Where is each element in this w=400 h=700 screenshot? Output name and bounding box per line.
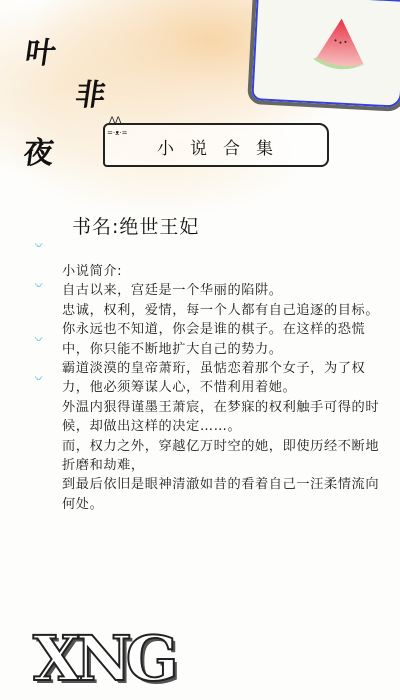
- author-char-3: 夜: [21, 128, 57, 172]
- smiley-face-icon: ·ᴗ·: [34, 373, 42, 383]
- synopsis-heading: 小说简介:: [62, 262, 392, 281]
- synopsis-paragraph: 忠诚，权利，爱情，每一个人都有自己追逐的目标。: [62, 301, 392, 320]
- cat-icon: ᐱᐱ: [109, 116, 121, 126]
- synopsis-paragraph: 到最后依旧是眼神清澈如昔的看着自己一汪柔情流向何处。: [62, 475, 392, 514]
- xng-logo: XNG: [33, 622, 173, 695]
- synopsis-paragraph: 霸道淡漠的皇帝萧珩，虽惦恋着那个女子，为了权力，他必须筹谋人心，不惜利用着她。: [62, 359, 392, 398]
- watermelon-icon: [311, 15, 370, 78]
- synopsis-paragraph: 而，权力之外，穿越亿万时空的她，即使历经不断地折磨和劫难，: [62, 437, 392, 476]
- author-char-1: 叶: [23, 28, 59, 72]
- synopsis-paragraph: 外温内狠得谨墨王萧宸，在梦寐的权利触手可得的时候，却做出这样的决定……。: [62, 398, 392, 437]
- smiley-face-icon: ·ᴗ·: [34, 334, 42, 344]
- collection-banner: ᐱᐱ =·ᴥ·= 小说合集: [103, 123, 329, 167]
- watermelon-card: [247, 0, 400, 112]
- synopsis-paragraph: 你永远也不知道，你会是谁的棋子。在这样的恐慌中，你只能不断地扩大自己的势力。: [62, 320, 392, 359]
- book-title: 书名:绝世王妃: [72, 212, 199, 239]
- smiley-face-icon: ·ᴗ·: [34, 240, 42, 250]
- smiley-face-icon: ·ᴗ·: [34, 280, 42, 290]
- author-char-2: 非: [73, 70, 109, 114]
- synopsis-paragraph: 自古以来，宫廷是一个华丽的陷阱。: [62, 281, 392, 300]
- banner-title: 小说合集: [105, 134, 327, 159]
- synopsis: 小说简介: 自古以来，宫廷是一个华丽的陷阱。 忠诚，权利，爱情，每一个人都有自己…: [62, 262, 392, 514]
